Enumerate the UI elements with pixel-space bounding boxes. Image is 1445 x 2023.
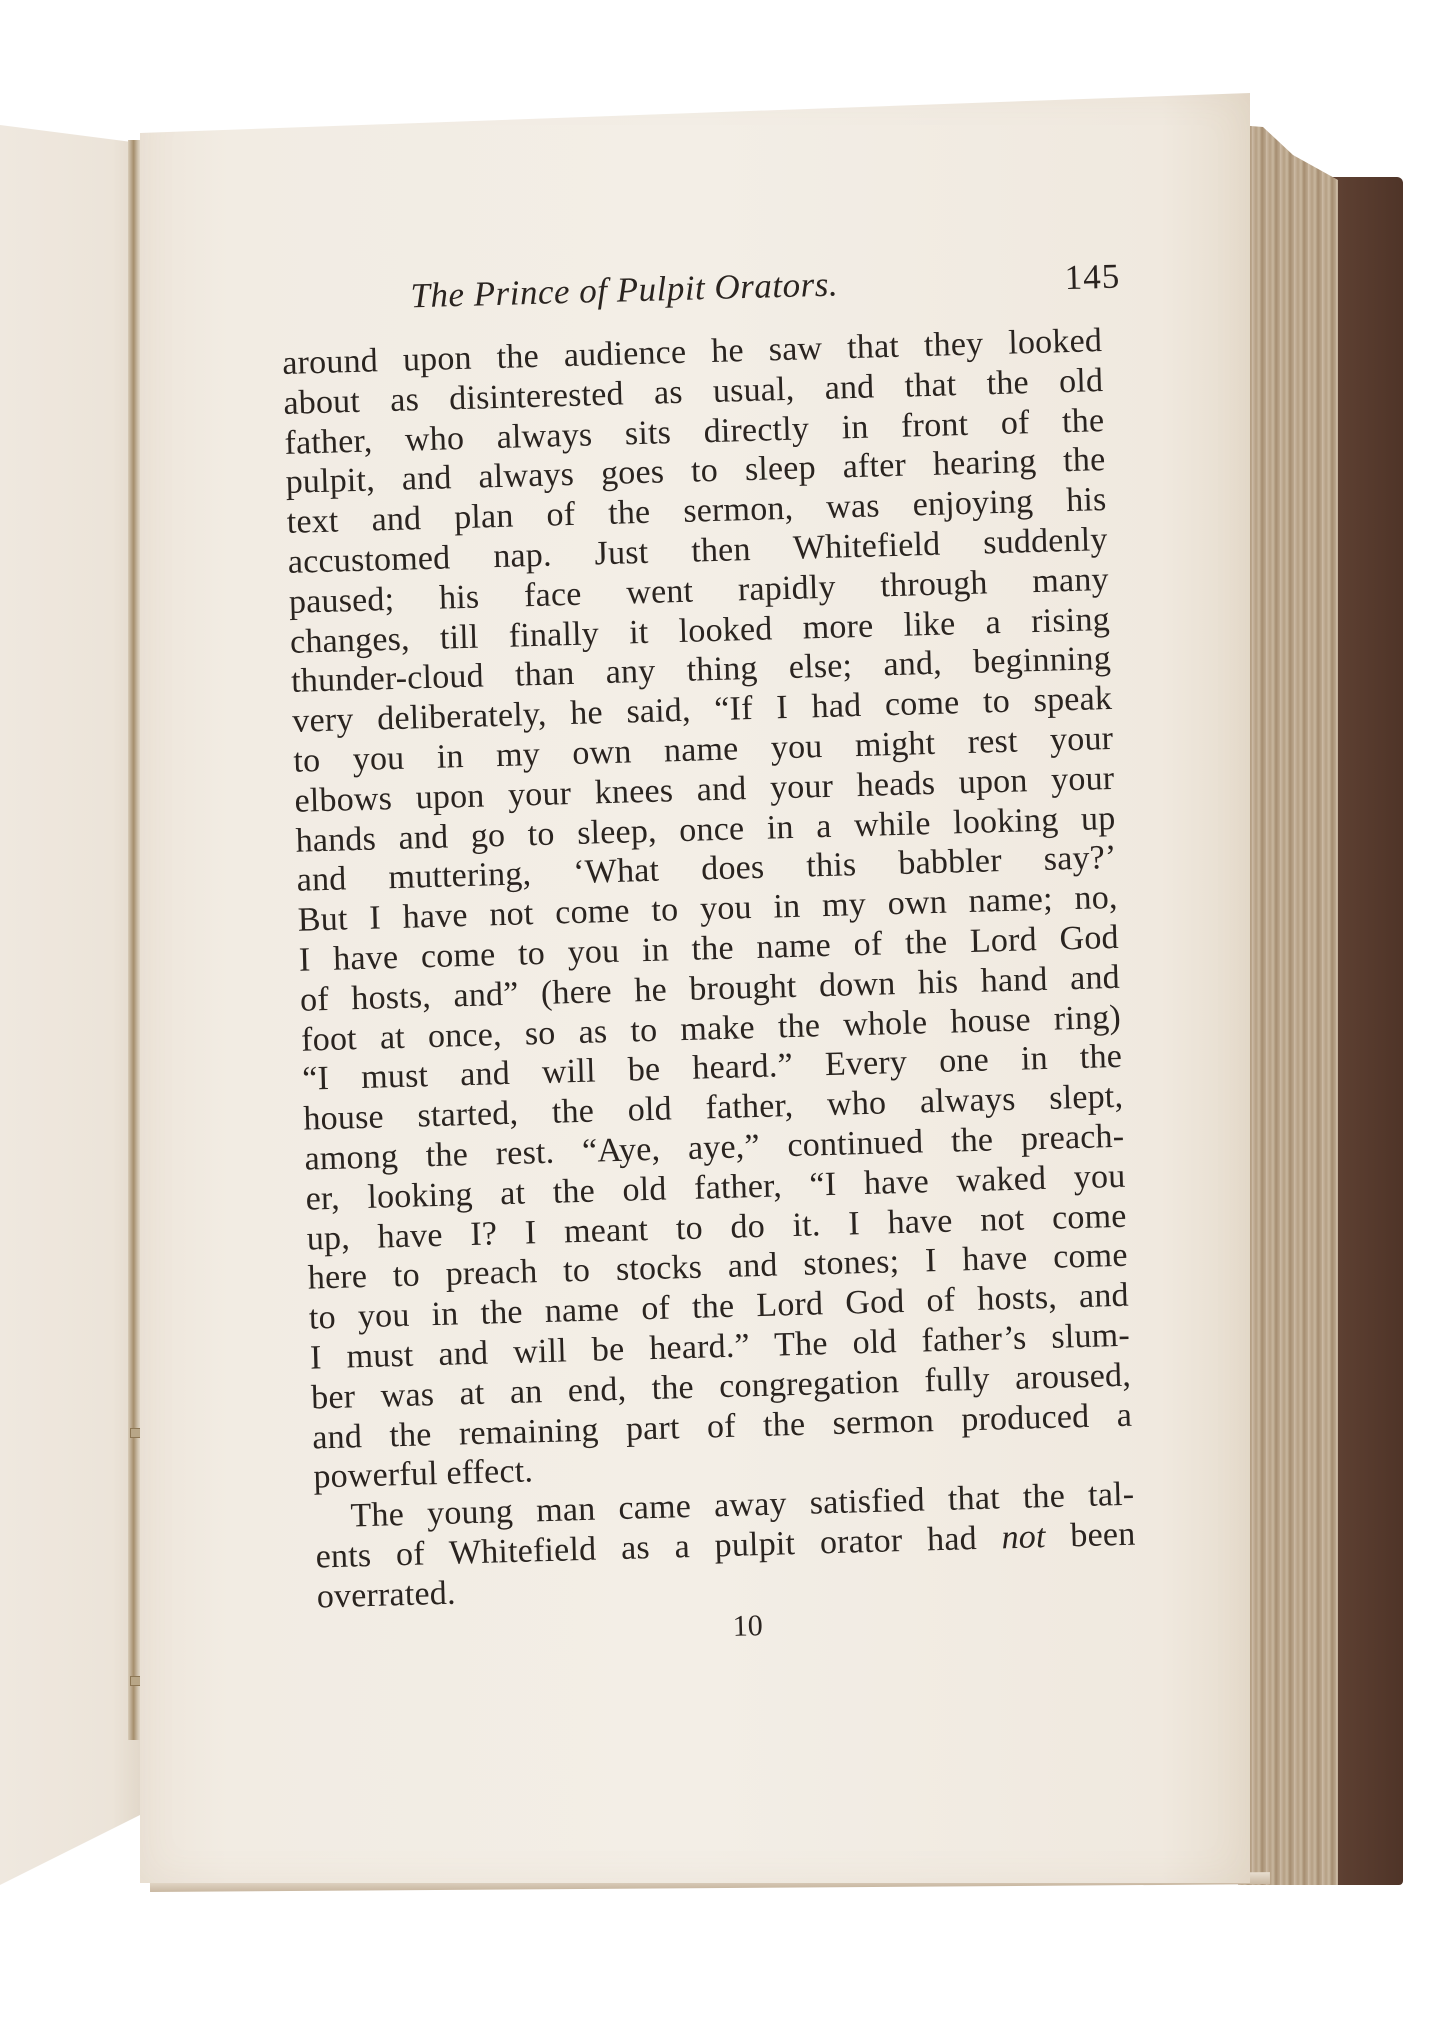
page-text: The Prince of Pulpit Orators. 145 around…	[280, 256, 1178, 1655]
left-page	[0, 125, 140, 2023]
emphasized-word: not	[1001, 1518, 1046, 1556]
text-run: been	[1045, 1516, 1136, 1555]
binding-gutter	[128, 140, 142, 1740]
page-block-edge	[1238, 125, 1338, 1885]
page-number: 145	[1064, 257, 1121, 299]
paragraph-1: around upon the audience he saw that the…	[282, 320, 1174, 1498]
paragraph-2: The young man came away satisfied that t…	[314, 1474, 1177, 1617]
book-photo: The Prince of Pulpit Orators. 145 around…	[0, 0, 1445, 2023]
